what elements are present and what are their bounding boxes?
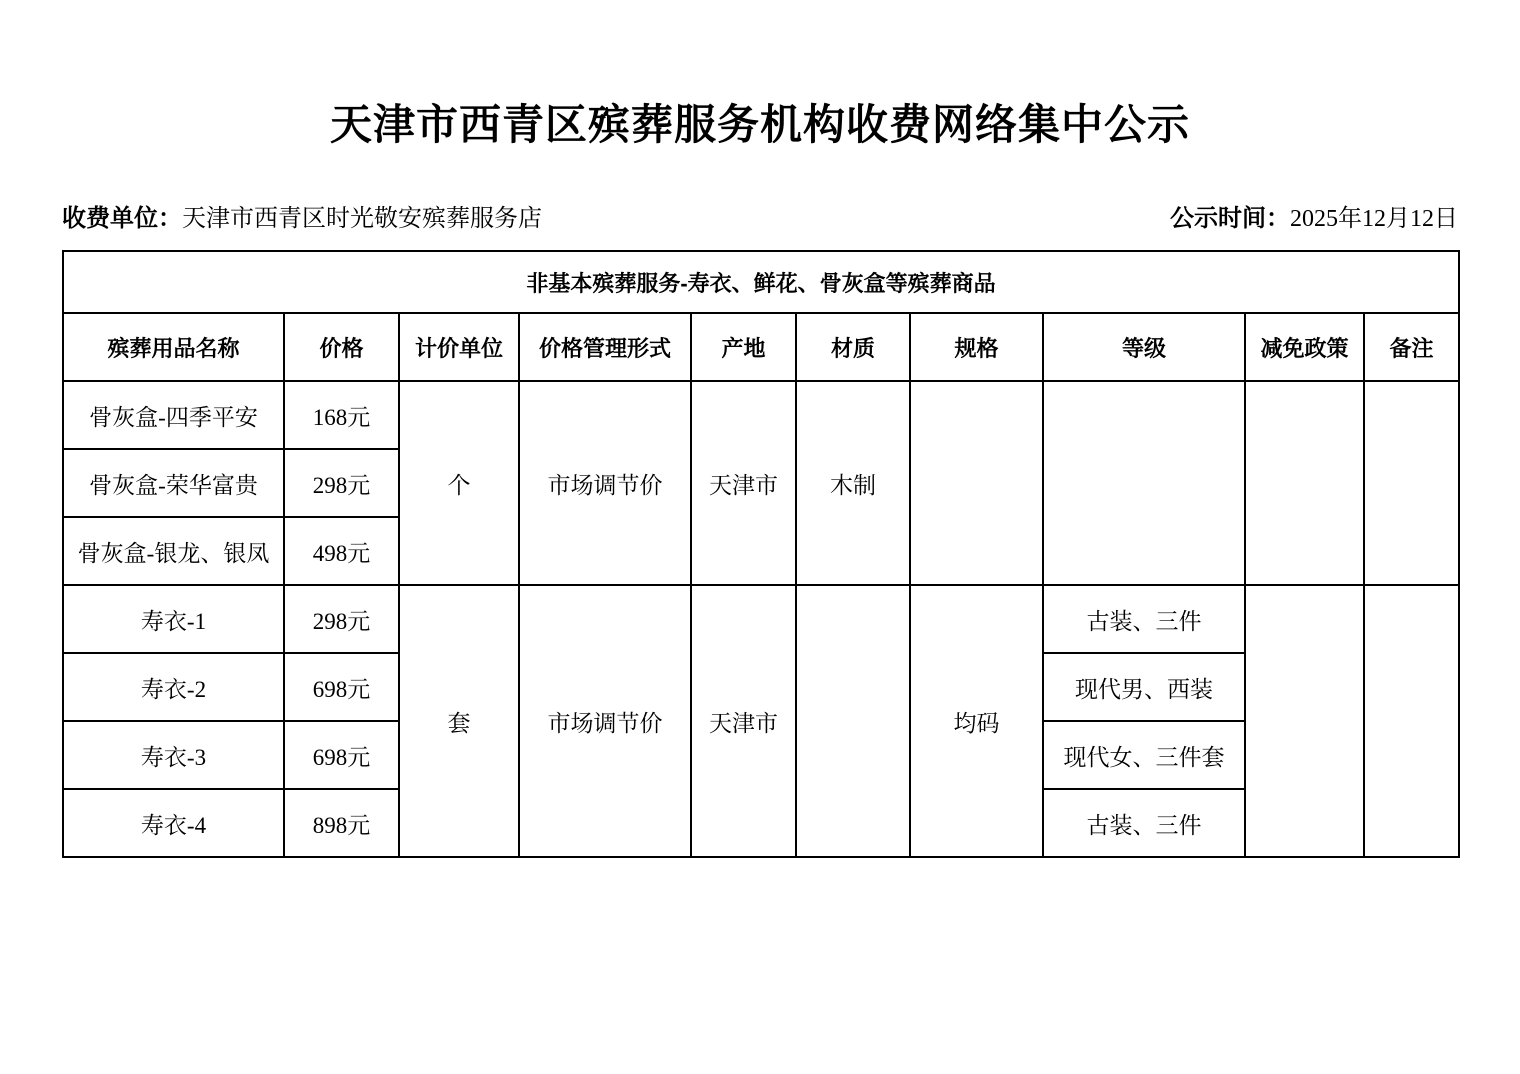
price-cell: 498元 <box>284 517 399 585</box>
column-header-unit: 计价单位 <box>399 313 519 381</box>
unit-cell: 个 <box>399 381 519 585</box>
product-name-cell: 骨灰盒-荣华富贵 <box>63 449 284 517</box>
document-page: 天津市西青区殡葬服务机构收费网络集中公示 收费单位：天津市西青区时光敬安殡葬服务… <box>0 0 1520 1074</box>
product-name-cell: 寿衣-3 <box>63 721 284 789</box>
product-name-cell: 寿衣-2 <box>63 653 284 721</box>
charge-unit-label: 收费单位： <box>62 205 182 232</box>
column-header-relief: 减免政策 <box>1245 313 1364 381</box>
price-cell: 698元 <box>284 721 399 789</box>
spec-cell: 均码 <box>910 585 1043 857</box>
product-name-cell: 骨灰盒-银龙、银凤 <box>63 517 284 585</box>
column-header-management: 价格管理形式 <box>519 313 691 381</box>
table-banner-row: 非基本殡葬服务-寿衣、鲜花、骨灰盒等殡葬商品 <box>63 251 1459 313</box>
grade-cell <box>1043 381 1245 585</box>
charge-unit-value: 天津市西青区时光敬安殡葬服务店 <box>182 206 542 232</box>
material-cell <box>796 585 910 857</box>
page-title: 天津市西青区殡葬服务机构收费网络集中公示 <box>0 0 1520 153</box>
fee-table: 非基本殡葬服务-寿衣、鲜花、骨灰盒等殡葬商品 殡葬用品名称 价格 计价单位 价格… <box>62 250 1460 858</box>
spec-cell <box>910 381 1043 585</box>
column-header-price: 价格 <box>284 313 399 381</box>
column-header-product-name: 殡葬用品名称 <box>63 313 284 381</box>
note-cell <box>1364 381 1459 585</box>
product-name-cell: 骨灰盒-四季平安 <box>63 381 284 449</box>
price-cell: 898元 <box>284 789 399 857</box>
relief-cell <box>1245 381 1364 585</box>
management-cell: 市场调节价 <box>519 585 691 857</box>
origin-cell: 天津市 <box>691 381 796 585</box>
management-cell: 市场调节价 <box>519 381 691 585</box>
grade-cell: 古装、三件 <box>1043 585 1245 653</box>
grade-cell: 现代女、三件套 <box>1043 721 1245 789</box>
column-header-origin: 产地 <box>691 313 796 381</box>
product-name-cell: 寿衣-1 <box>63 585 284 653</box>
charge-unit: 收费单位：天津市西青区时光敬安殡葬服务店 <box>62 205 542 234</box>
meta-row: 收费单位：天津市西青区时光敬安殡葬服务店 公示时间：2025年12月12日 <box>62 205 1458 234</box>
relief-cell <box>1245 585 1364 857</box>
publish-time-label: 公示时间： <box>1170 205 1290 232</box>
column-header-grade: 等级 <box>1043 313 1245 381</box>
note-cell <box>1364 585 1459 857</box>
publish-time: 公示时间：2025年12月12日 <box>1170 205 1458 234</box>
table-header-row: 殡葬用品名称 价格 计价单位 价格管理形式 产地 材质 规格 等级 减免政策 备… <box>63 313 1459 381</box>
grade-cell: 古装、三件 <box>1043 789 1245 857</box>
origin-cell: 天津市 <box>691 585 796 857</box>
price-cell: 698元 <box>284 653 399 721</box>
column-header-material: 材质 <box>796 313 910 381</box>
price-cell: 168元 <box>284 381 399 449</box>
publish-time-value: 2025年12月12日 <box>1290 206 1458 232</box>
product-name-cell: 寿衣-4 <box>63 789 284 857</box>
price-cell: 298元 <box>284 449 399 517</box>
column-header-note: 备注 <box>1364 313 1459 381</box>
table-banner: 非基本殡葬服务-寿衣、鲜花、骨灰盒等殡葬商品 <box>63 251 1459 313</box>
price-cell: 298元 <box>284 585 399 653</box>
grade-cell: 现代男、西装 <box>1043 653 1245 721</box>
table-row: 寿衣-1 298元 套 市场调节价 天津市 均码 古装、三件 <box>63 585 1459 653</box>
material-cell: 木制 <box>796 381 910 585</box>
column-header-spec: 规格 <box>910 313 1043 381</box>
unit-cell: 套 <box>399 585 519 857</box>
table-row: 骨灰盒-四季平安 168元 个 市场调节价 天津市 木制 <box>63 381 1459 449</box>
